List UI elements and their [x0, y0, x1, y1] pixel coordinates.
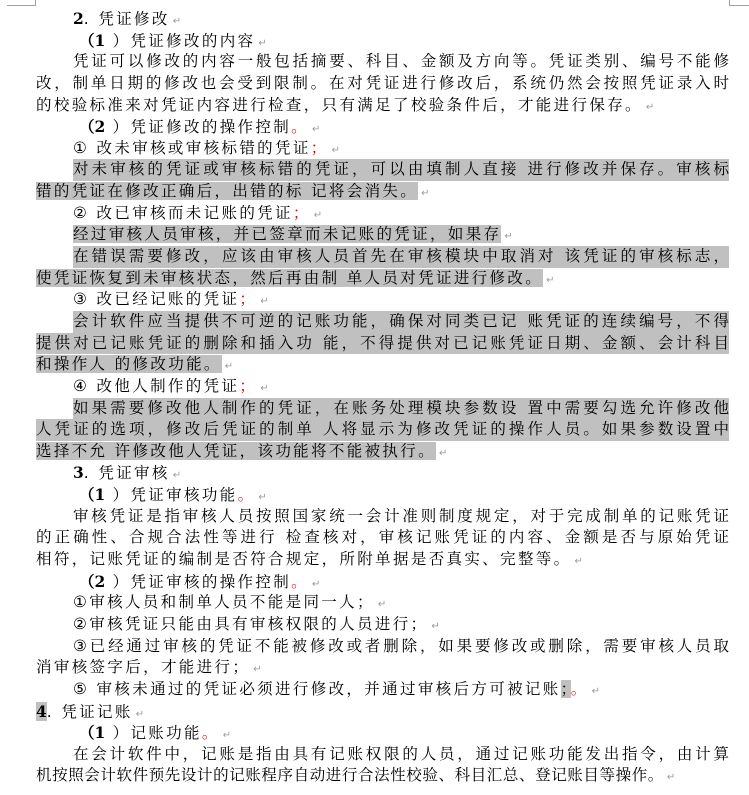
paragraph-mark-icon: ↵: [260, 296, 268, 307]
highlighted-line: 和操作人 的修改功能。↵: [36, 354, 729, 376]
highlighted-line: 如果需要修改他人制作的凭证，在账务处理模块参数设 置中需要勾选允许修改他: [36, 398, 729, 420]
rule-line: ②审核凭证只能由具有审核权限的人员进行；↵: [36, 614, 729, 636]
highlighted-line: 选择不允 许修改他人凭证，该功能将不能被执行。↵: [36, 441, 729, 463]
paragraph-mark-icon: ↵: [314, 210, 322, 221]
paragraph-mark-icon: ↵: [312, 124, 320, 135]
body-line: 在会计软件中，记账是指由具有记账权限的人员，通过记账功能发出指令，由计算: [36, 744, 729, 766]
subheading-2-2: （2 ）凭证修改的操作控制。↵: [36, 116, 729, 138]
highlighted-line: 在错误需要修改，应该由审核人员首先在审核模块中取消对 该凭证的审核标志，: [36, 246, 729, 268]
rule-line: 消审核签字后，才能进行；↵: [36, 657, 729, 679]
item-title: ③ 改已经记账的凭证；↵: [36, 289, 729, 311]
paragraph-mark-icon: ↵: [258, 38, 266, 49]
body-line: 的正确性、合规合法性等进行 检查核对，审核记账凭证的内容、金额是否与原始凭证: [36, 527, 729, 549]
paragraph-mark-icon: ↵: [439, 448, 447, 459]
paragraph-mark-icon: ↵: [646, 102, 654, 113]
section-heading-2: 2. 凭证修改↵: [36, 8, 729, 30]
rule-line: ①审核人员和制单人员不能是同一人；↵: [36, 592, 729, 614]
subheading-2-1: （1 ）凭证修改的内容↵: [36, 30, 729, 52]
paragraph-mark-icon: ↵: [260, 383, 268, 394]
body-line: 凭证可以修改的内容一般包括摘要、科目、金额及方向等。凭证类别、编号不能修: [36, 51, 729, 73]
highlighted-line: 会计软件应当提供不可逆的记账功能，确保对同类已记 账凭证的连续编号，不得: [36, 311, 729, 333]
paragraph-mark-icon: ↵: [667, 772, 675, 783]
paragraph-mark-icon: ↵: [431, 621, 439, 632]
paragraph-mark-icon: ↵: [575, 556, 583, 567]
highlighted-line: 经过审核人员审核，并已签章而未记账的凭证，如果存↵: [36, 224, 729, 246]
body-line: 机按照会计软件预先设计的记账程序自动进行合法性校验、科目汇总、登记账目等操作。↵: [36, 765, 729, 787]
paragraph-mark-icon: ↵: [421, 188, 429, 199]
paragraph-mark-icon: ↵: [258, 492, 266, 503]
body-line: 相符，记账凭证的编制是否符合规定，所附单据是否真实、完整等。↵: [36, 549, 729, 571]
body-line: 改，制单日期的修改也会受到限制。在对凭证进行修改后，系统仍然会按照凭证录入时: [36, 73, 729, 95]
paragraph-mark-icon: ↵: [504, 231, 512, 242]
paragraph-mark-icon: ↵: [312, 579, 320, 590]
paragraph-mark-icon: ↵: [332, 145, 340, 156]
page-corner-mark-right: [729, 0, 749, 6]
paragraph-mark-icon: ↵: [223, 730, 231, 741]
highlighted-line: 人凭证的选项，修改后凭证的制单 人将显示为修改凭证的操作人员。如果参数设置中: [36, 419, 729, 441]
body-line: 审核凭证是指审核人员按照国家统一会计准则制度规定，对于完成制单的记账凭证: [36, 506, 729, 528]
highlighted-line: 对未审核的凭证或审核标错的凭证，可以由填制人直接 进行修改并保存。审核标: [36, 159, 729, 181]
paragraph-mark-icon: ↵: [173, 470, 181, 481]
body-line: 的校验标准来对凭证内容进行检查，只有满足了校验条件后，才能进行保存。↵: [36, 95, 729, 117]
paragraph-mark-icon: ↵: [173, 16, 181, 27]
subheading-4-1: （1 ）记账功能。↵: [36, 722, 729, 744]
paragraph-mark-icon: ↵: [136, 709, 144, 720]
rule-line: ③已经通过审核的凭证不能被修改或者删除，如果要修改或删除，需要审核人员取: [36, 636, 729, 658]
item-title: ① 改未审核或审核标错的凭证；↵: [36, 138, 729, 160]
subheading-3-1: （1 ）凭证审核功能。↵: [36, 484, 729, 506]
paragraph-mark-icon: ↵: [225, 361, 233, 372]
paragraph-mark-icon: ↵: [253, 664, 261, 675]
page-corner-mark-left: [7, 0, 36, 6]
highlighted-line: 错的凭证在修改正确后，出错的标 记将会消失。↵: [36, 181, 729, 203]
item-title: ② 改已审核而未记账的凭证；↵: [36, 203, 729, 225]
section-heading-3: 3. 凭证审核↵: [36, 462, 729, 484]
item-title: ④ 改他人制作的凭证；↵: [36, 376, 729, 398]
paragraph-mark-icon: ↵: [546, 275, 554, 286]
rule-line: ⑤ 审核未通过的凭证必须进行修改，并通过审核后方可被记账；。↵: [36, 679, 729, 701]
paragraph-mark-icon: ↵: [378, 599, 386, 610]
paragraph-mark-icon: ↵: [592, 686, 600, 697]
document-page[interactable]: 2. 凭证修改↵ （1 ）凭证修改的内容↵ 凭证可以修改的内容一般包括摘要、科目…: [36, 8, 729, 787]
highlighted-line: 提供对已记账凭证的删除和插入功 能，不得提供对已记账凭证日期、金额、会计科目: [36, 333, 729, 355]
section-heading-4: 4. 凭证记账↵: [36, 701, 729, 723]
highlighted-line: 使凭证恢复到未审核状态，然后再由制 单人员对凭证进行修改。↵: [36, 268, 729, 290]
subheading-3-2: （2 ）凭证审核的操作控制。↵: [36, 571, 729, 593]
